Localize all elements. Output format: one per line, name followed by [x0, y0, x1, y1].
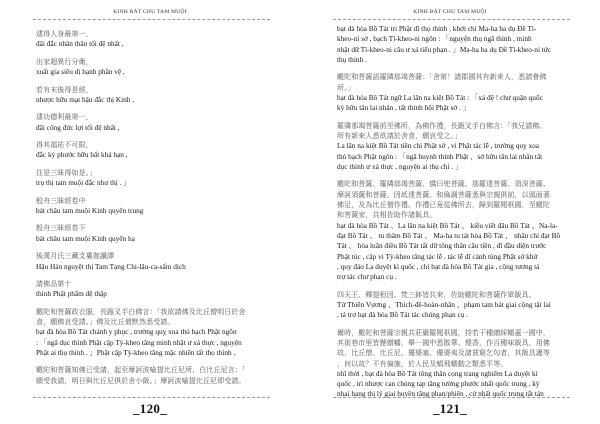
- chinese-text-line: 得其福祐不可限，: [36, 140, 274, 150]
- vietnamese-text-line: đắc kỳ phước hữu bất khả hạn ,: [36, 150, 274, 160]
- vietnamese-text-line: nhĩ thời , bạt đà hòa Bồ Tát tông thân c…: [337, 369, 575, 379]
- vietnamese-text-line: quốc , trì nhược can chủng tạp tăng tườn…: [337, 379, 575, 389]
- chinese-text-line: 四天王、釋提桓因、梵三鉢皆共來，佐助颰陀和菩薩作眾飯具。: [337, 290, 575, 300]
- vietnamese-text-line: bạt đà hòa Bồ Tát 、La lân na kiệt Bồ Tát…: [337, 221, 575, 231]
- vietnamese-text-line: bạt đà hòa Bồ Tát tri Phật dĩ thọ thỉnh …: [337, 24, 575, 34]
- header-divider: [33, 19, 270, 20]
- chinese-text-line: 佛足，及為比丘僧作禮。作禮已竟從佛所去，歸到羅閱祇國，至颰陀: [337, 200, 575, 210]
- chinese-text-line: 逮功德利最第一，: [36, 112, 274, 122]
- chinese-text-line: 其街巷市里皆懸繒幡，舉一國中悉散華、燒香，作百種味飯具，用佛: [337, 338, 575, 348]
- vietnamese-text-line: xuất gia siêu dị hạnh phần vệ ,: [36, 67, 274, 77]
- chinese-text-line: 請佛品第十: [36, 279, 274, 289]
- vietnamese-text-line: trợ tác chư phạn cụ .: [337, 272, 575, 282]
- paragraph: 爾時，颰陀和菩薩宗親共莊嚴羅閱祇國，持若干種繒綵幡蓋一國中，其街巷市里皆懸繒幡，…: [337, 328, 575, 400]
- vietnamese-text-line: Phật túc , cập vi Tỳ-kheo tăng tác lễ . …: [337, 252, 575, 262]
- vietnamese-text-line: thụ thỉnh .: [337, 55, 575, 65]
- paragraph: 出家超異行分衛，xuất gia siêu dị hạnh phần vệ ,: [36, 57, 274, 78]
- vietnamese-text-line: kheo-ni sở , bạch Tì-kheo-ni ngôn : 「ngu…: [337, 34, 575, 44]
- chinese-text-line: 颰陀和菩薩政衣服，長跪叉手白佛言：「我欲請佛及比丘僧明日於舍: [36, 307, 274, 317]
- right-page: KINH BÁT CHU TAM MUỘI bạt đà hòa Bồ Tát …: [300, 0, 600, 424]
- chinese-text-line: 故，比丘僧、比丘尼、優婆塞、優婆夷及諸貧窮乞匃者，其飯具適等: [337, 348, 575, 358]
- chinese-text-line: 般舟三昧經卷中: [36, 196, 274, 206]
- chinese-text-line: 颰陀和菩薩知佛已受請，起至摩訶波喻提比丘尼所，白比丘尼言：「: [36, 365, 274, 375]
- chinese-text-line: 爾時，颰陀和菩薩宗親共莊嚴羅閱祇國，持若干種繒綵幡蓋一國中，: [337, 328, 575, 338]
- chinese-text-line: 颰陀和菩薩、羅隣那竭菩薩、憍曰兜菩薩、那羅達菩薩、須深菩薩、: [337, 179, 575, 189]
- vietnamese-text-line: Tát 、 hòa luân điều Bồ Tát tất dữ tông t…: [337, 241, 575, 251]
- chinese-text-line: 所。」: [337, 83, 575, 93]
- vietnamese-text-line: bạt đà hòa Bồ Tát chánh y phục , trường …: [36, 327, 274, 337]
- running-header: KINH BÁT CHU TAM MUỘI: [300, 9, 600, 15]
- chinese-text-line: 住是三昧得如是。」: [36, 168, 274, 178]
- chinese-text-line: 所有新來人悉欲請於舍食，願哀受之。」: [337, 131, 575, 141]
- vietnamese-text-line: đãi công đức lợi tối đệ nhất ,: [36, 123, 274, 133]
- vietnamese-text-line: bát châu tam muội Kinh quyển hạ: [36, 234, 274, 244]
- page-body: 逮得人身最第一，đãi đắc nhân thân tối đệ nhất ,出…: [36, 29, 274, 393]
- footer-divider: [33, 397, 270, 398]
- running-header: KINH BÁT CHU TAM MUỘI: [0, 9, 300, 15]
- vietnamese-text-line: Tứ Thiên Vương 、Thích-đề-hoàn-nhân 、phạm…: [337, 300, 575, 310]
- page-number: _120_: [0, 401, 300, 417]
- paragraph: 颰陀和菩薩政衣服，長跪叉手白佛言：「我欲請佛及比丘僧明日於舍食，願佛哀受請。」佛…: [36, 307, 274, 358]
- vietnamese-text-line: trụ thị tam muội đắc như thị . 」: [36, 178, 274, 188]
- vietnamese-text-line: Hậu Hán nguyệt thị Tam Tạng Chi-lâu-ca-s…: [36, 262, 274, 272]
- vietnamese-text-line: thỉnh Phật phẩm đệ thập: [36, 289, 274, 299]
- vietnamese-text-line: , quy đáo La duyệt kì quốc , chí bạt đà …: [337, 262, 575, 272]
- paragraph: 颰陀和菩薩語羅隣那竭菩薩：「舍第！諸郡國其有新來人，悉請會佛所。」bạt đà …: [337, 72, 575, 113]
- vietnamese-text-line: : 「ngã dục thỉnh Phật cập Tỳ-kheo tăng m…: [36, 338, 274, 348]
- chinese-text-line: 羅隣那竭菩薩前至佛所，為佛作禮，長跪叉手白佛言：「我兄請佛、: [337, 121, 575, 131]
- paragraph: 般舟三昧經卷下bát châu tam muội Kinh quyển hạ: [36, 223, 274, 244]
- paragraph: 若有末後得是經，nhược hữu mạt hậu đắc thị Kinh ,: [36, 85, 274, 106]
- vietnamese-text-line: nhược hữu mạt hậu đắc thị Kinh ,: [36, 95, 274, 105]
- page-number: _121_: [300, 401, 600, 417]
- chinese-text-line: 若有末後得是經，: [36, 85, 274, 95]
- left-page: KINH BÁT CHU TAM MUỘI 逮得人身最第一，đãi đắc nh…: [0, 0, 300, 424]
- chinese-text-line: 願受我請，明日與比丘尼俱於舍小飯。」摩訶波喻提比丘尼即受請。: [36, 376, 274, 386]
- chinese-text-line: 摩訶須薩和菩薩、因坻達菩薩、和倫調菩薩悉與宗親俱前，以頭面著: [337, 190, 575, 200]
- vietnamese-text-line: Phật ai thọ thỉnh . 」Phật cập Tỳ-kheo tă…: [36, 348, 274, 358]
- chinese-text-line: 般舟三昧經卷下: [36, 223, 274, 233]
- chinese-text-line: 出家超異行分衛，: [36, 57, 274, 67]
- vietnamese-text-line: nhai hạng thị lý giai huyền tăng phan/ph…: [337, 389, 575, 399]
- paragraph: 颰陀和菩薩、羅隣那竭菩薩、憍曰兜菩薩、那羅達菩薩、須深菩薩、摩訶須薩和菩薩、因坻…: [337, 179, 575, 282]
- paragraph: 得其福祐不可限，đắc kỳ phước hữu bất khả hạn ,: [36, 140, 274, 161]
- chinese-text-line: 颰陀和菩薩語羅隣那竭菩薩：「舍第！諸郡國其有新來人，悉請會佛: [337, 72, 575, 82]
- chinese-text-line: ，何以故？不有偏施，於人民及蜎飛蠕動之類悉平等。: [337, 359, 575, 369]
- paragraph: 請佛品第十thỉnh Phật phẩm đệ thập: [36, 279, 274, 300]
- header-divider: [333, 19, 570, 20]
- vietnamese-text-line: , tá trợ bạt đà hòa Bồ Tát tác chúng phạ…: [337, 310, 575, 320]
- vietnamese-text-line: kỳ hữu tân lai nhân , tất thỉnh hội Phật…: [337, 103, 575, 113]
- paragraph: 逮功德利最第一，đãi công đức lợi tối đệ nhất ,: [36, 112, 274, 133]
- paragraph: 住是三昧得如是。」trụ thị tam muội đắc như thị . …: [36, 168, 274, 189]
- vietnamese-text-line: bạt đà hòa Bồ Tát ngữ La lân na kiệt Bồ …: [337, 93, 575, 103]
- chinese-text-line: 逮得人身最第一，: [36, 29, 274, 39]
- footer-divider: [333, 397, 570, 398]
- vietnamese-text-line: La lân na kiệt Bồ Tát tiền chí Phật sở ,…: [337, 141, 575, 151]
- chinese-text-line: 後漢月氏三藏支婁迦讖譯: [36, 251, 274, 261]
- vietnamese-text-line: thủ bạch Phật ngôn : 「ngã huynh thỉnh Ph…: [337, 152, 575, 162]
- paragraph: 羅隣那竭菩薩前至佛所，為佛作禮，長跪叉手白佛言：「我兄請佛、所有新來人悉欲請於舍…: [337, 121, 575, 172]
- vietnamese-text-line: dục thỉnh ư xá thực , nguyện ai thụ chi …: [337, 162, 575, 172]
- vietnamese-text-line: nhật dữ Tì-kheo-ni câu ư xá tiểu phạn . …: [337, 45, 575, 55]
- vietnamese-text-line: đãi đắc nhân thân tối đệ nhất ,: [36, 39, 274, 49]
- chinese-text-line: 食，願佛哀受請。」佛及比丘僧默然悉受請。: [36, 317, 274, 327]
- paragraph: 後漢月氏三藏支婁迦讖譯Hậu Hán nguyệt thị Tam Tạng C…: [36, 251, 274, 272]
- paragraph: 四天王、釋提桓因、梵三鉢皆共來，佐助颰陀和菩薩作眾飯具。Tứ Thiên Vươ…: [337, 290, 575, 321]
- vietnamese-text-line: bát châu tam muội Kinh quyển trung: [36, 206, 274, 216]
- chinese-text-line: 和菩薩家，共相佐助作諸飯具。: [337, 210, 575, 220]
- vietnamese-text-line: đạt Bồ Tát 、 tu thâm Bồ Tát 、 Ma-ha tu t…: [337, 231, 575, 241]
- paragraph: 颰陀和菩薩知佛已受請，起至摩訶波喻提比丘尼所，白比丘尼言：「願受我請，明日與比丘…: [36, 365, 274, 386]
- paragraph: 般舟三昧經卷中bát châu tam muội Kinh quyển trun…: [36, 196, 274, 217]
- page-body: bạt đà hòa Bồ Tát tri Phật dĩ thọ thỉnh …: [337, 24, 575, 407]
- paragraph: bạt đà hòa Bồ Tát tri Phật dĩ thọ thỉnh …: [337, 24, 575, 65]
- paragraph: 逮得人身最第一，đãi đắc nhân thân tối đệ nhất ,: [36, 29, 274, 50]
